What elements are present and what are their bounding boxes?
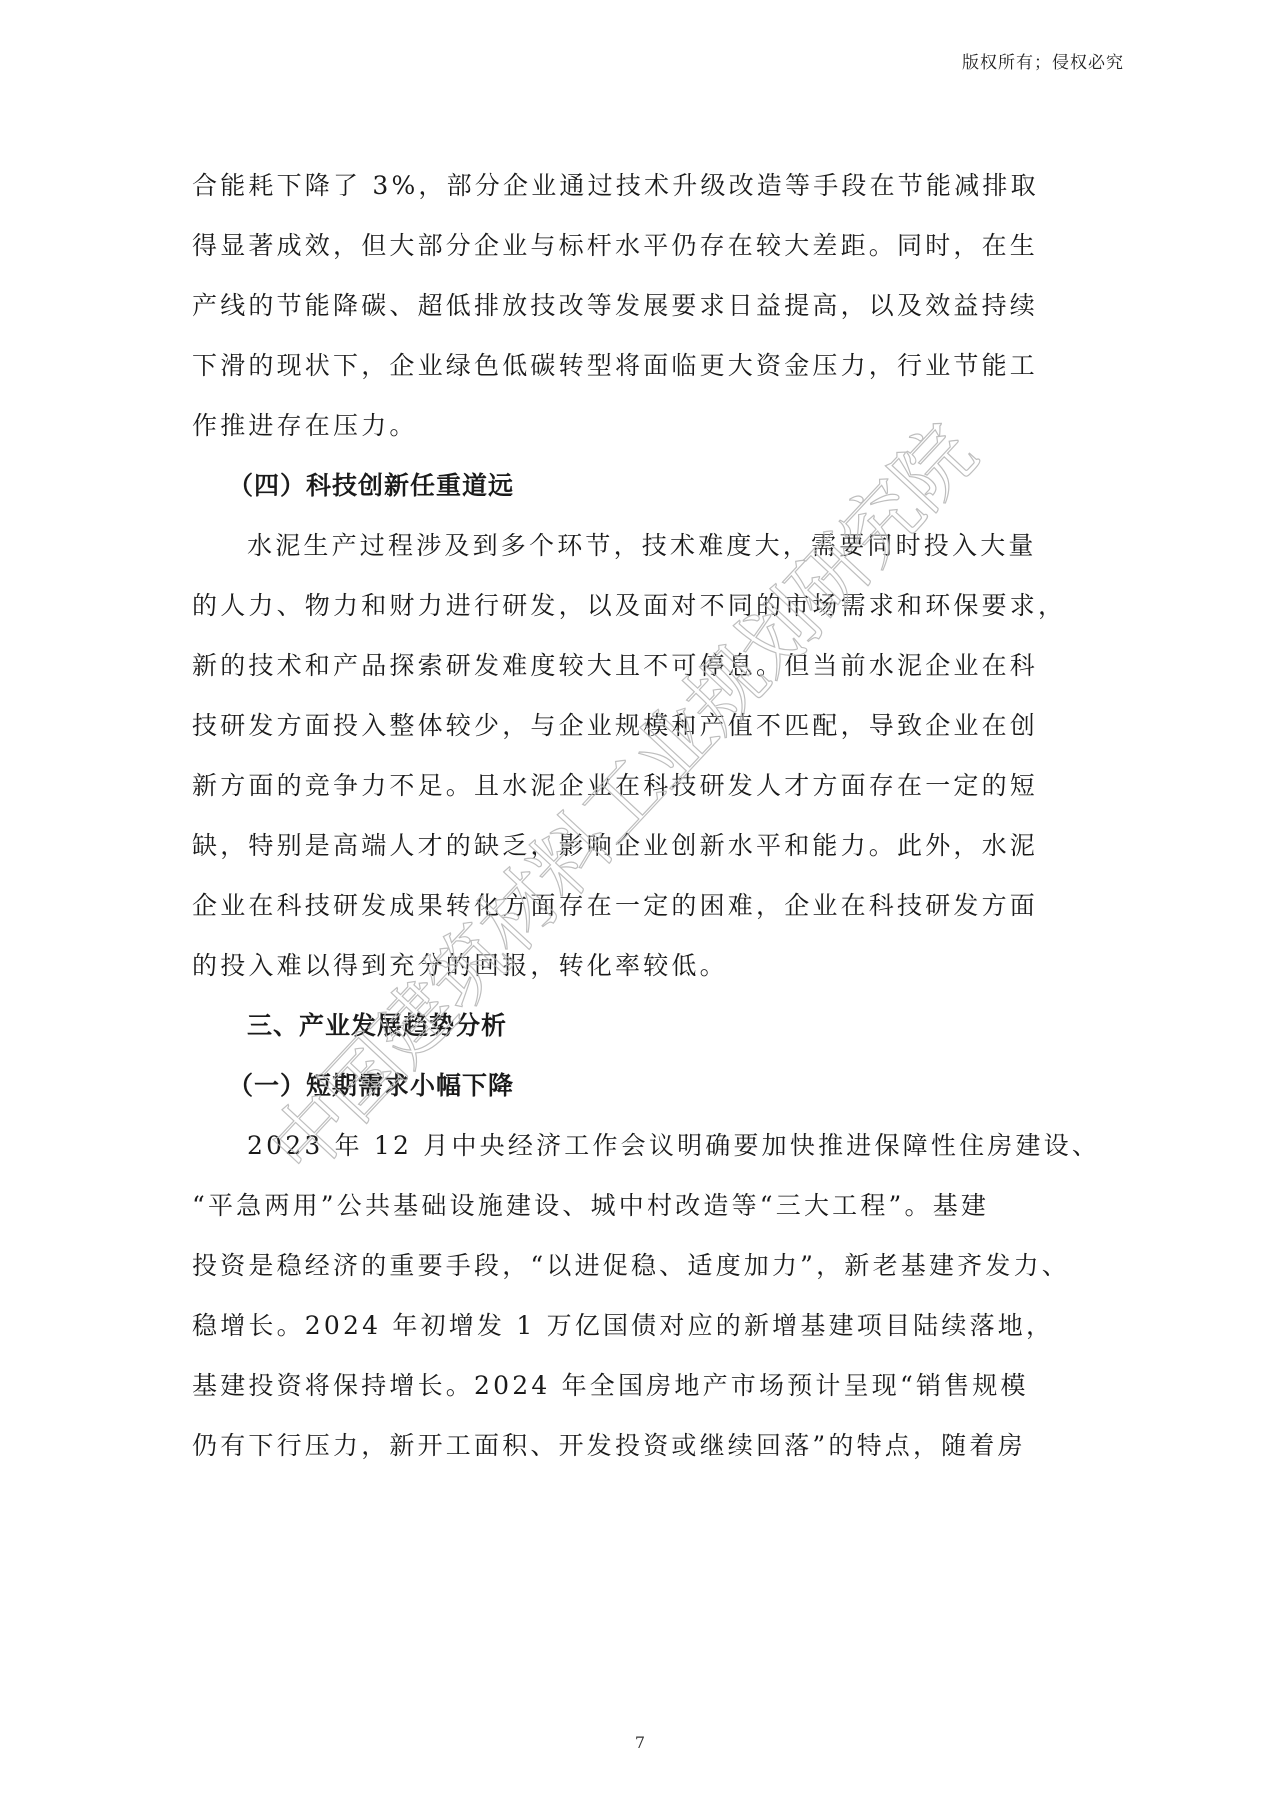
paragraph-line: 的人力、物力和财力进行研发，以及面对不同的市场需求和环保要求， — [192, 576, 1092, 636]
paragraph-line: 作推进存在压力。 — [192, 396, 1092, 456]
paragraph-line: 新的技术和产品探索研发难度较大且不可停息。但当前水泥企业在科 — [192, 636, 1092, 696]
paragraph-line: 投资是稳经济的重要手段，“以进促稳、适度加力”，新老基建齐发力、 — [192, 1236, 1092, 1296]
paragraph-line: 合能耗下降了 3%，部分企业通过技术升级改造等手段在节能减排取 — [192, 156, 1092, 216]
paragraph-line: 基建投资将保持增长。2024 年全国房地产市场预计呈现“销售规模 — [192, 1356, 1092, 1416]
paragraph-line: 新方面的竞争力不足。且水泥企业在科技研发人才方面存在一定的短 — [192, 756, 1092, 816]
document-body: 合能耗下降了 3%，部分企业通过技术升级改造等手段在节能减排取 得显著成效，但大… — [192, 156, 1092, 1476]
paragraph-line: 企业在科技研发成果转化方面存在一定的困难，企业在科技研发方面 — [192, 876, 1092, 936]
page-number: 7 — [0, 1733, 1280, 1752]
paragraph-line: 仍有下行压力，新开工面积、开发投资或继续回落”的特点，随着房 — [192, 1416, 1092, 1476]
paragraph-line: 的投入难以得到充分的回报，转化率较低。 — [192, 936, 1092, 996]
paragraph-line: 得显著成效，但大部分企业与标杆水平仍存在较大差距。同时，在生 — [192, 216, 1092, 276]
paragraph-line: 缺，特别是高端人才的缺乏，影响企业创新水平和能力。此外，水泥 — [192, 816, 1092, 876]
paragraph-line: 下滑的现状下，企业绿色低碳转型将面临更大资金压力，行业节能工 — [192, 336, 1092, 396]
paragraph-line: 技研发方面投入整体较少，与企业规模和产值不匹配，导致企业在创 — [192, 696, 1092, 756]
subsection-heading-tech-innovation: （四）科技创新任重道远 — [192, 456, 1092, 516]
paragraph-line: 产线的节能降碳、超低排放技改等发展要求日益提高，以及效益持续 — [192, 276, 1092, 336]
paragraph-line: 稳增长。2024 年初增发 1 万亿国债对应的新增基建项目陆续落地， — [192, 1296, 1092, 1356]
paragraph-line: 2023 年 12 月中央经济工作会议明确要加快推进保障性住房建设、 — [192, 1116, 1092, 1176]
subsection-heading-short-term-demand: （一）短期需求小幅下降 — [192, 1056, 1092, 1116]
section-heading-trend-analysis: 三、产业发展趋势分析 — [192, 996, 1092, 1056]
paragraph-line: 水泥生产过程涉及到多个环节，技术难度大，需要同时投入大量 — [192, 516, 1092, 576]
copyright-notice: 版权所有；侵权必究 — [962, 48, 1124, 73]
paragraph-line: “平急两用”公共基础设施建设、城中村改造等“三大工程”。基建 — [192, 1176, 1092, 1236]
